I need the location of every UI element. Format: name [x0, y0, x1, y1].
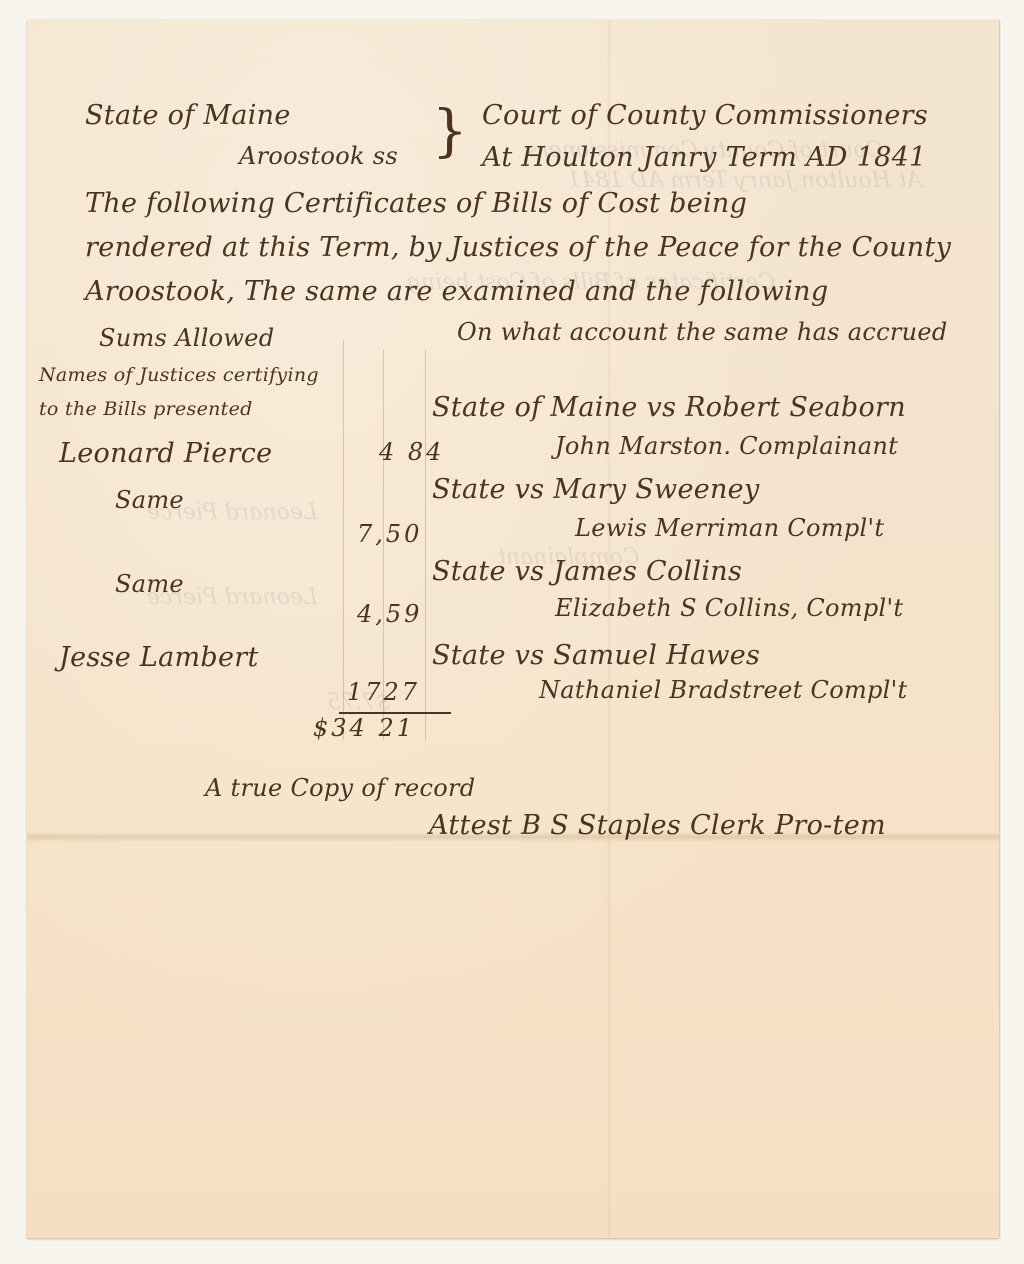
case-title: State vs James Collins: [432, 556, 742, 587]
preamble-line: The following Certificates of Bills of C…: [85, 188, 747, 219]
preamble-line: rendered at this Term, by Justices of th…: [85, 232, 951, 263]
preamble-line: Aroostook, The same are examined and the…: [85, 276, 828, 307]
justice-name: Same: [115, 486, 184, 514]
justice-name: Leonard Pierce: [59, 438, 272, 469]
session-heading: At Houlton Janry Term AD 1841: [482, 142, 927, 173]
clerk-signature: Attest B S Staples Clerk Pro-tem: [429, 810, 886, 841]
complainant: Nathaniel Bradstreet Compl't: [539, 676, 908, 704]
case-title: State vs Mary Sweeney: [432, 474, 760, 505]
sums-allowed-heading: Sums Allowed: [99, 324, 274, 352]
brace-icon: }: [432, 104, 468, 160]
amount: 1727: [347, 678, 420, 706]
amount: 7,50: [357, 520, 422, 548]
case-title: State vs Samuel Hawes: [432, 640, 760, 671]
amount: 4 84: [379, 438, 444, 466]
justice-name: Same: [115, 570, 184, 598]
complainant: John Marston. Complainant: [555, 432, 898, 460]
account-heading: On what account the same has accrued: [457, 318, 948, 346]
case-title: State of Maine vs Robert Seaborn: [432, 392, 906, 423]
complainant: Lewis Merriman Compl't: [575, 514, 884, 542]
county-heading: Aroostook ss: [239, 142, 398, 170]
amount: 4,59: [357, 600, 422, 628]
document-page: Court of County Commissioners At Houlton…: [27, 20, 999, 1238]
ledger-rule: [343, 340, 344, 740]
justices-heading: Names of Justices certifying: [39, 364, 319, 386]
attestation-line: A true Copy of record: [205, 774, 475, 802]
ledger-rule: [425, 350, 426, 740]
total-amount: $34 21: [313, 714, 415, 742]
court-heading: Court of County Commissioners: [482, 100, 928, 131]
justices-heading: to the Bills presented: [39, 398, 253, 420]
complainant: Elizabeth S Collins, Compl't: [555, 594, 903, 622]
justice-name: Jesse Lambert: [59, 642, 259, 673]
state-heading: State of Maine: [85, 100, 291, 131]
